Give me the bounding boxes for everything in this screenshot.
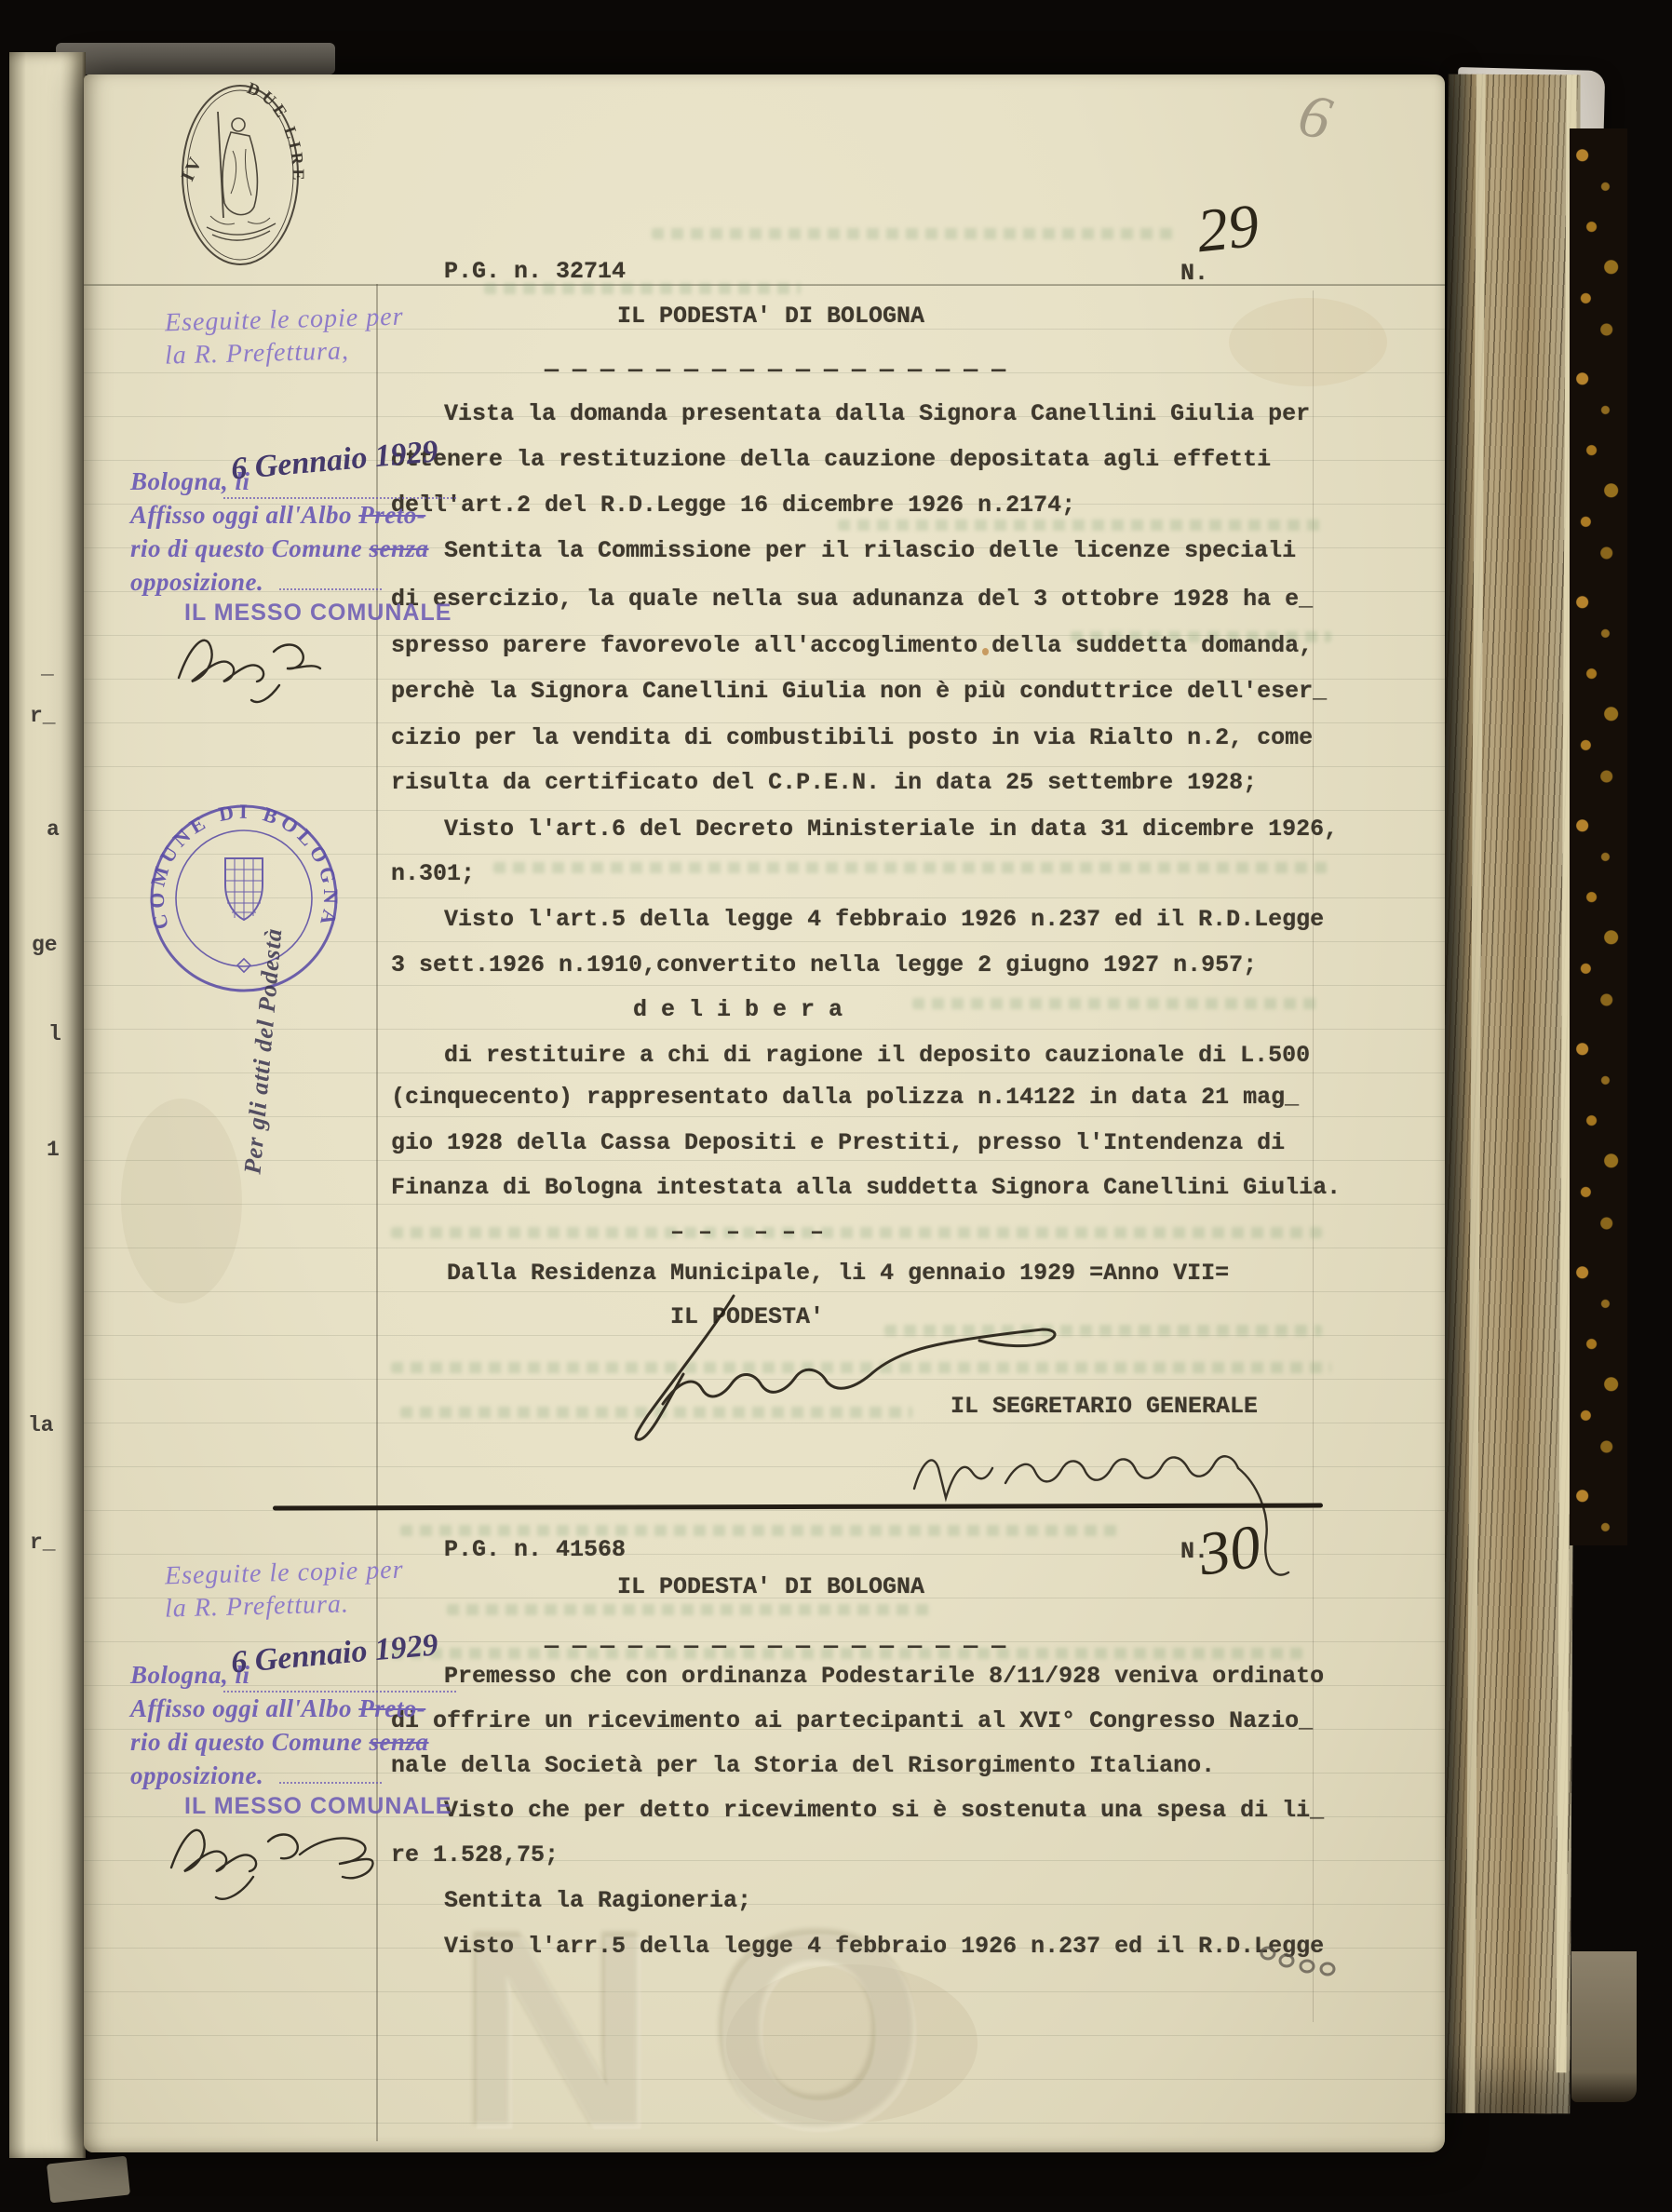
- dateline: Dalla Residenza Municipale, li 4 gennaio…: [447, 1261, 1229, 1285]
- doc1-delibera: d e l i b e r a: [633, 998, 843, 1021]
- doc1-line: cizio per la vendita di combustibili pos…: [391, 726, 1313, 749]
- protocol-number-1: P.G. n. 32714: [444, 260, 626, 283]
- messo-signature-1: [169, 620, 332, 695]
- paper-stain: [121, 1099, 242, 1303]
- previous-page-edge: _ r_ a ge l 1 la r_: [9, 52, 86, 2158]
- page-corner-fragment: [47, 2156, 130, 2204]
- messo-signature-2: [160, 1812, 393, 1890]
- stamp-line3-2: rio di questo Comune senza: [130, 1730, 429, 1755]
- page-stack-sliver: [1465, 74, 1485, 2113]
- doc1-line: spresso parere favorevole all'accoglimen…: [391, 634, 1313, 657]
- ghost-text: [391, 1227, 1322, 1238]
- page-stack-edge: [1437, 74, 1580, 2114]
- doc2-separator: — — — — — — — — — — — — — — — — —: [545, 1635, 1005, 1658]
- handwritten-number-29: 29: [1193, 191, 1262, 267]
- text-fragment: la: [28, 1413, 54, 1437]
- segretario-signature: [892, 1416, 1329, 1588]
- doc1-line: Visto l'art.6 del Decreto Ministeriale i…: [444, 817, 1338, 841]
- doc2-line: nale della Società per la Storia del Ris…: [391, 1754, 1215, 1777]
- stamp-line3b: senza: [370, 534, 429, 562]
- due-lire-label: DUE LIRE: [245, 78, 308, 183]
- text-fragment: _: [41, 655, 54, 680]
- stamp-line4-1: opposizione.: [130, 570, 263, 595]
- margin-note-2-line1: Eseguite le copie per: [165, 1554, 404, 1594]
- marbled-cover-edge: [1570, 128, 1627, 1545]
- doc1-line: Sentita la Commissione per il rilascio d…: [444, 539, 1296, 562]
- stamp-line2b: Preto-: [358, 1694, 425, 1722]
- margin-note-2-line2: la R. Prefettura.: [165, 1587, 350, 1625]
- closing-dashes: – – – – – –: [670, 1221, 824, 1244]
- stamp-line4-2: opposizione.: [130, 1763, 263, 1788]
- doc2-title: IL PODESTA' DI BOLOGNA: [617, 1575, 924, 1598]
- margin-note-1-line2: la R. Prefettura,: [165, 334, 350, 372]
- text-fragment: l: [48, 1022, 61, 1046]
- stamp-line3a: rio di questo Comune: [130, 1728, 370, 1756]
- doc2-line: re 1.528,75;: [391, 1843, 559, 1867]
- embossed-watermark: NO: [456, 1890, 978, 2152]
- ghost-text: [838, 519, 1322, 531]
- document-page: NO DUE LIRE IV 6 P.G. n. 32: [84, 74, 1445, 2152]
- doc1-line: dell'art.2 del R.D.Legge 16 dicembre 192…: [391, 493, 1075, 517]
- ghost-text: [447, 1604, 931, 1615]
- stamp-line2-2: Affisso oggi all'Albo Preto-: [130, 1696, 425, 1721]
- doc2-line: Premesso che con ordinanza Podestarile 8…: [444, 1665, 1324, 1688]
- handwritten-number-30: 30: [1193, 1511, 1265, 1590]
- book-scan: _ r_ a ge l 1 la r_: [0, 0, 1672, 2212]
- stamp-line2a: Affisso oggi all'Albo: [130, 501, 358, 529]
- doc1-title: IL PODESTA' DI BOLOGNA: [617, 304, 924, 328]
- protocol-number-2: P.G. n. 41568: [444, 1538, 626, 1561]
- book-spine-edge: [56, 43, 335, 74]
- doc1-line: perchè la Signora Canellini Giulia non è…: [391, 680, 1327, 703]
- stamp-line3-1: rio di questo Comune senza: [130, 536, 429, 561]
- stamp-dotted-line: [223, 495, 456, 499]
- doc1-line: 3 sett.1926 n.1910,convertito nella legg…: [391, 953, 1257, 977]
- page-corner-marks: [1259, 1944, 1342, 1977]
- doc1-line: ottenere la restituzione della cauzione …: [391, 448, 1271, 471]
- doc1-line: risulta da certificato del C.P.E.N. in d…: [391, 771, 1257, 794]
- text-fragment: 1: [47, 1138, 60, 1162]
- svg-text:DUE LIRE: DUE LIRE: [245, 78, 308, 183]
- doc1-line: gio 1928 della Cassa Depositi e Prestiti…: [391, 1131, 1285, 1154]
- stamp-dotted-line: [279, 1780, 382, 1784]
- doc2-line: Visto che per detto ricevimento si è sos…: [444, 1799, 1324, 1822]
- stamp-line3a: rio di questo Comune: [130, 534, 370, 562]
- stamp-line2b: Preto-: [358, 501, 425, 529]
- stamp-dotted-line: [279, 587, 382, 590]
- ghost-text: [912, 998, 1322, 1009]
- ghost-text: [652, 228, 1173, 239]
- stamp-dotted-line: [223, 1689, 456, 1693]
- text-fragment: r_: [30, 1531, 56, 1555]
- doc2-line: Sentita la Ragioneria;: [444, 1889, 751, 1912]
- pencil-page-number: 6: [1291, 79, 1338, 155]
- ghost-text: [493, 862, 1331, 873]
- comune-bologna-stamp: COMUNE DI BOLOGNA: [146, 801, 342, 996]
- doc1-line: Visto l'art.5 della legge 4 febbraio 192…: [444, 908, 1324, 931]
- doc1-line: di restituire a chi di ragione il deposi…: [444, 1044, 1310, 1067]
- cover-corner: [1571, 1951, 1637, 2102]
- doc1-line: di esercizio, la quale nella sua adunanz…: [391, 587, 1313, 611]
- doc1-separator: — — — — — — — — — — — — — — — — —: [545, 358, 1005, 382]
- text-fragment: ge: [32, 933, 58, 957]
- paper-stain: [1229, 298, 1387, 386]
- stamp-line3b: senza: [370, 1728, 429, 1756]
- doc1-line: Finanza di Bologna intestata alla suddet…: [391, 1176, 1341, 1199]
- stamp-line2a: Affisso oggi all'Albo: [130, 1694, 358, 1722]
- text-fragment: a: [47, 817, 60, 842]
- doc1-line: Vista la domanda presentata dalla Signor…: [444, 402, 1310, 425]
- doc1-line: n.301;: [391, 862, 475, 885]
- stamp-line2-1: Affisso oggi all'Albo Preto-: [130, 503, 425, 528]
- doc1-line: (cinquecento) rappresentato dalla polizz…: [391, 1086, 1299, 1109]
- text-fragment: r_: [30, 704, 56, 728]
- right-column-line: [1313, 290, 1314, 2022]
- revenue-stamp-due-lire: DUE LIRE IV: [166, 76, 315, 277]
- doc2-line: di offrire un ricevimento ai partecipant…: [391, 1709, 1313, 1733]
- margin-note-1-line1: Eseguite le copie per: [165, 301, 404, 341]
- doc2-line: Visto l'arr.5 della legge 4 febbraio 192…: [444, 1935, 1324, 1958]
